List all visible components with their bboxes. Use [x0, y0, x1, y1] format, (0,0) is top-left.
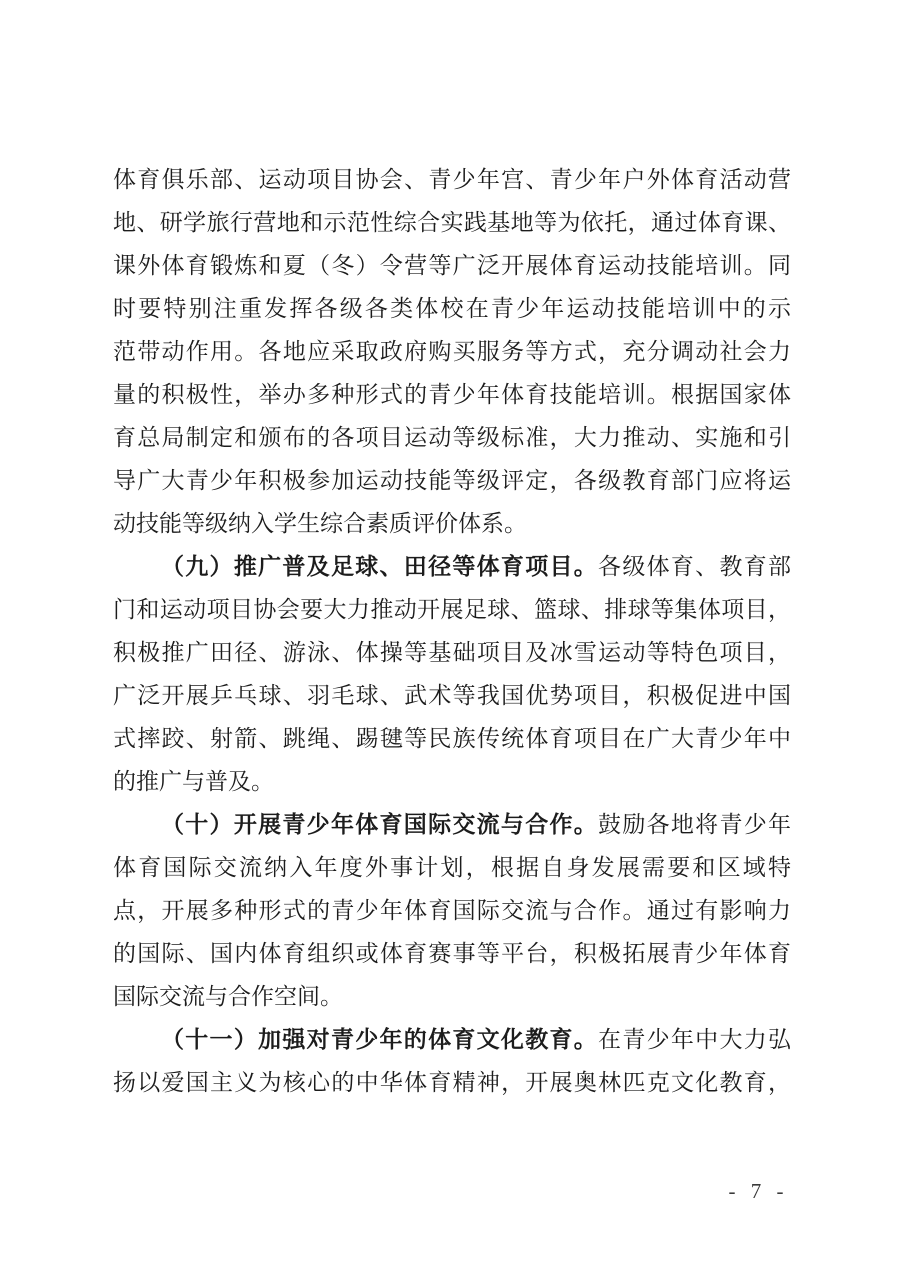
body-text: 鼓励各地将青少年 — [598, 812, 791, 837]
document-page: 体育俱乐部、运动项目协会、青少年宫、青少年户外体育活动营地、研学旅行营地和示范性… — [0, 0, 900, 1272]
body-text: 国际交流与合作空间。 — [113, 984, 343, 1009]
body-text: 时要特别注重发挥各级各类体校在青少年运动技能培训中的示 — [113, 296, 791, 321]
text-block: 体育俱乐部、运动项目协会、青少年宫、青少年户外体育活动营地、研学旅行营地和示范性… — [113, 158, 791, 1104]
text-line: 时要特别注重发挥各级各类体校在青少年运动技能培训中的示 — [113, 287, 791, 330]
body-text: 育总局制定和颁布的各项目运动等级标准，大力推动、实施和引 — [113, 425, 791, 450]
body-text: 范带动作用。各地应采取政府购买服务等方式，充分调动社会力 — [113, 339, 791, 364]
body-text: 式摔跤、射箭、跳绳、踢毽等民族传统体育项目在广大青少年中 — [113, 726, 791, 751]
text-line: 广泛开展乒乓球、羽毛球、武术等我国优势项目，积极促进中国 — [113, 674, 791, 717]
text-line: （十一）加强对青少年的体育文化教育。在青少年中大力弘 — [113, 1018, 791, 1061]
body-text: 广泛开展乒乓球、羽毛球、武术等我国优势项目，积极促进中国 — [113, 683, 791, 708]
text-line: 导广大青少年积极参加运动技能等级评定，各级教育部门应将运 — [113, 459, 791, 502]
body-text: 的推广与普及。 — [113, 769, 274, 794]
text-line: 体育俱乐部、运动项目协会、青少年宫、青少年户外体育活动营 — [113, 158, 791, 201]
body-text: 各级体育、教育部 — [598, 554, 791, 579]
text-line: 的推广与普及。 — [113, 760, 791, 803]
text-line: 国际交流与合作空间。 — [113, 975, 791, 1018]
body-text: 扬以爱国主义为核心的中华体育精神，开展奥林匹克文化教育， — [113, 1070, 791, 1095]
body-text: 点，开展多种形式的青少年体育国际交流与合作。通过有影响力 — [113, 898, 791, 923]
text-line: 扬以爱国主义为核心的中华体育精神，开展奥林匹克文化教育， — [113, 1061, 791, 1104]
text-line: （九）推广普及足球、田径等体育项目。各级体育、教育部 — [113, 545, 791, 588]
text-line: 门和运动项目协会要大力推动开展足球、篮球、排球等集体项目， — [113, 588, 791, 631]
text-line: 育总局制定和颁布的各项目运动等级标准，大力推动、实施和引 — [113, 416, 791, 459]
body-text: 体育国际交流纳入年度外事计划，根据自身发展需要和区域特 — [113, 855, 791, 880]
text-line: 范带动作用。各地应采取政府购买服务等方式，充分调动社会力 — [113, 330, 791, 373]
body-text: 动技能等级纳入学生综合素质评价体系。 — [113, 511, 527, 536]
body-text: 体育俱乐部、运动项目协会、青少年宫、青少年户外体育活动营 — [113, 167, 791, 192]
section-heading-text: （十）开展青少年体育国际交流与合作。 — [161, 812, 598, 837]
body-text: 量的积极性，举办多种形式的青少年体育技能培训。根据国家体 — [113, 382, 791, 407]
section-heading-text: （十一）加强对青少年的体育文化教育。 — [161, 1027, 598, 1052]
body-text: 导广大青少年积极参加运动技能等级评定，各级教育部门应将运 — [113, 468, 791, 493]
body-text: 在青少年中大力弘 — [598, 1027, 791, 1052]
section-heading-text: （九）推广普及足球、田径等体育项目。 — [161, 554, 598, 579]
body-text: 门和运动项目协会要大力推动开展足球、篮球、排球等集体项目， — [113, 597, 791, 622]
page-number: - 7 - — [712, 1176, 802, 1206]
text-line: 地、研学旅行营地和示范性综合实践基地等为依托，通过体育课、 — [113, 201, 791, 244]
body-text: 课外体育锻炼和夏（冬）令营等广泛开展体育运动技能培训。同 — [113, 253, 791, 278]
text-line: 的国际、国内体育组织或体育赛事等平台，积极拓展青少年体育 — [113, 932, 791, 975]
text-line: 体育国际交流纳入年度外事计划，根据自身发展需要和区域特 — [113, 846, 791, 889]
text-line: 课外体育锻炼和夏（冬）令营等广泛开展体育运动技能培训。同 — [113, 244, 791, 287]
text-line: 量的积极性，举办多种形式的青少年体育技能培训。根据国家体 — [113, 373, 791, 416]
body-text: 积极推广田径、游泳、体操等基础项目及冰雪运动等特色项目， — [113, 640, 791, 665]
text-line: 动技能等级纳入学生综合素质评价体系。 — [113, 502, 791, 545]
text-line: 点，开展多种形式的青少年体育国际交流与合作。通过有影响力 — [113, 889, 791, 932]
body-text: 地、研学旅行营地和示范性综合实践基地等为依托，通过体育课、 — [113, 210, 791, 235]
text-line: 式摔跤、射箭、跳绳、踢毽等民族传统体育项目在广大青少年中 — [113, 717, 791, 760]
text-line: 积极推广田径、游泳、体操等基础项目及冰雪运动等特色项目， — [113, 631, 791, 674]
body-text: 的国际、国内体育组织或体育赛事等平台，积极拓展青少年体育 — [113, 941, 791, 966]
text-line: （十）开展青少年体育国际交流与合作。鼓励各地将青少年 — [113, 803, 791, 846]
